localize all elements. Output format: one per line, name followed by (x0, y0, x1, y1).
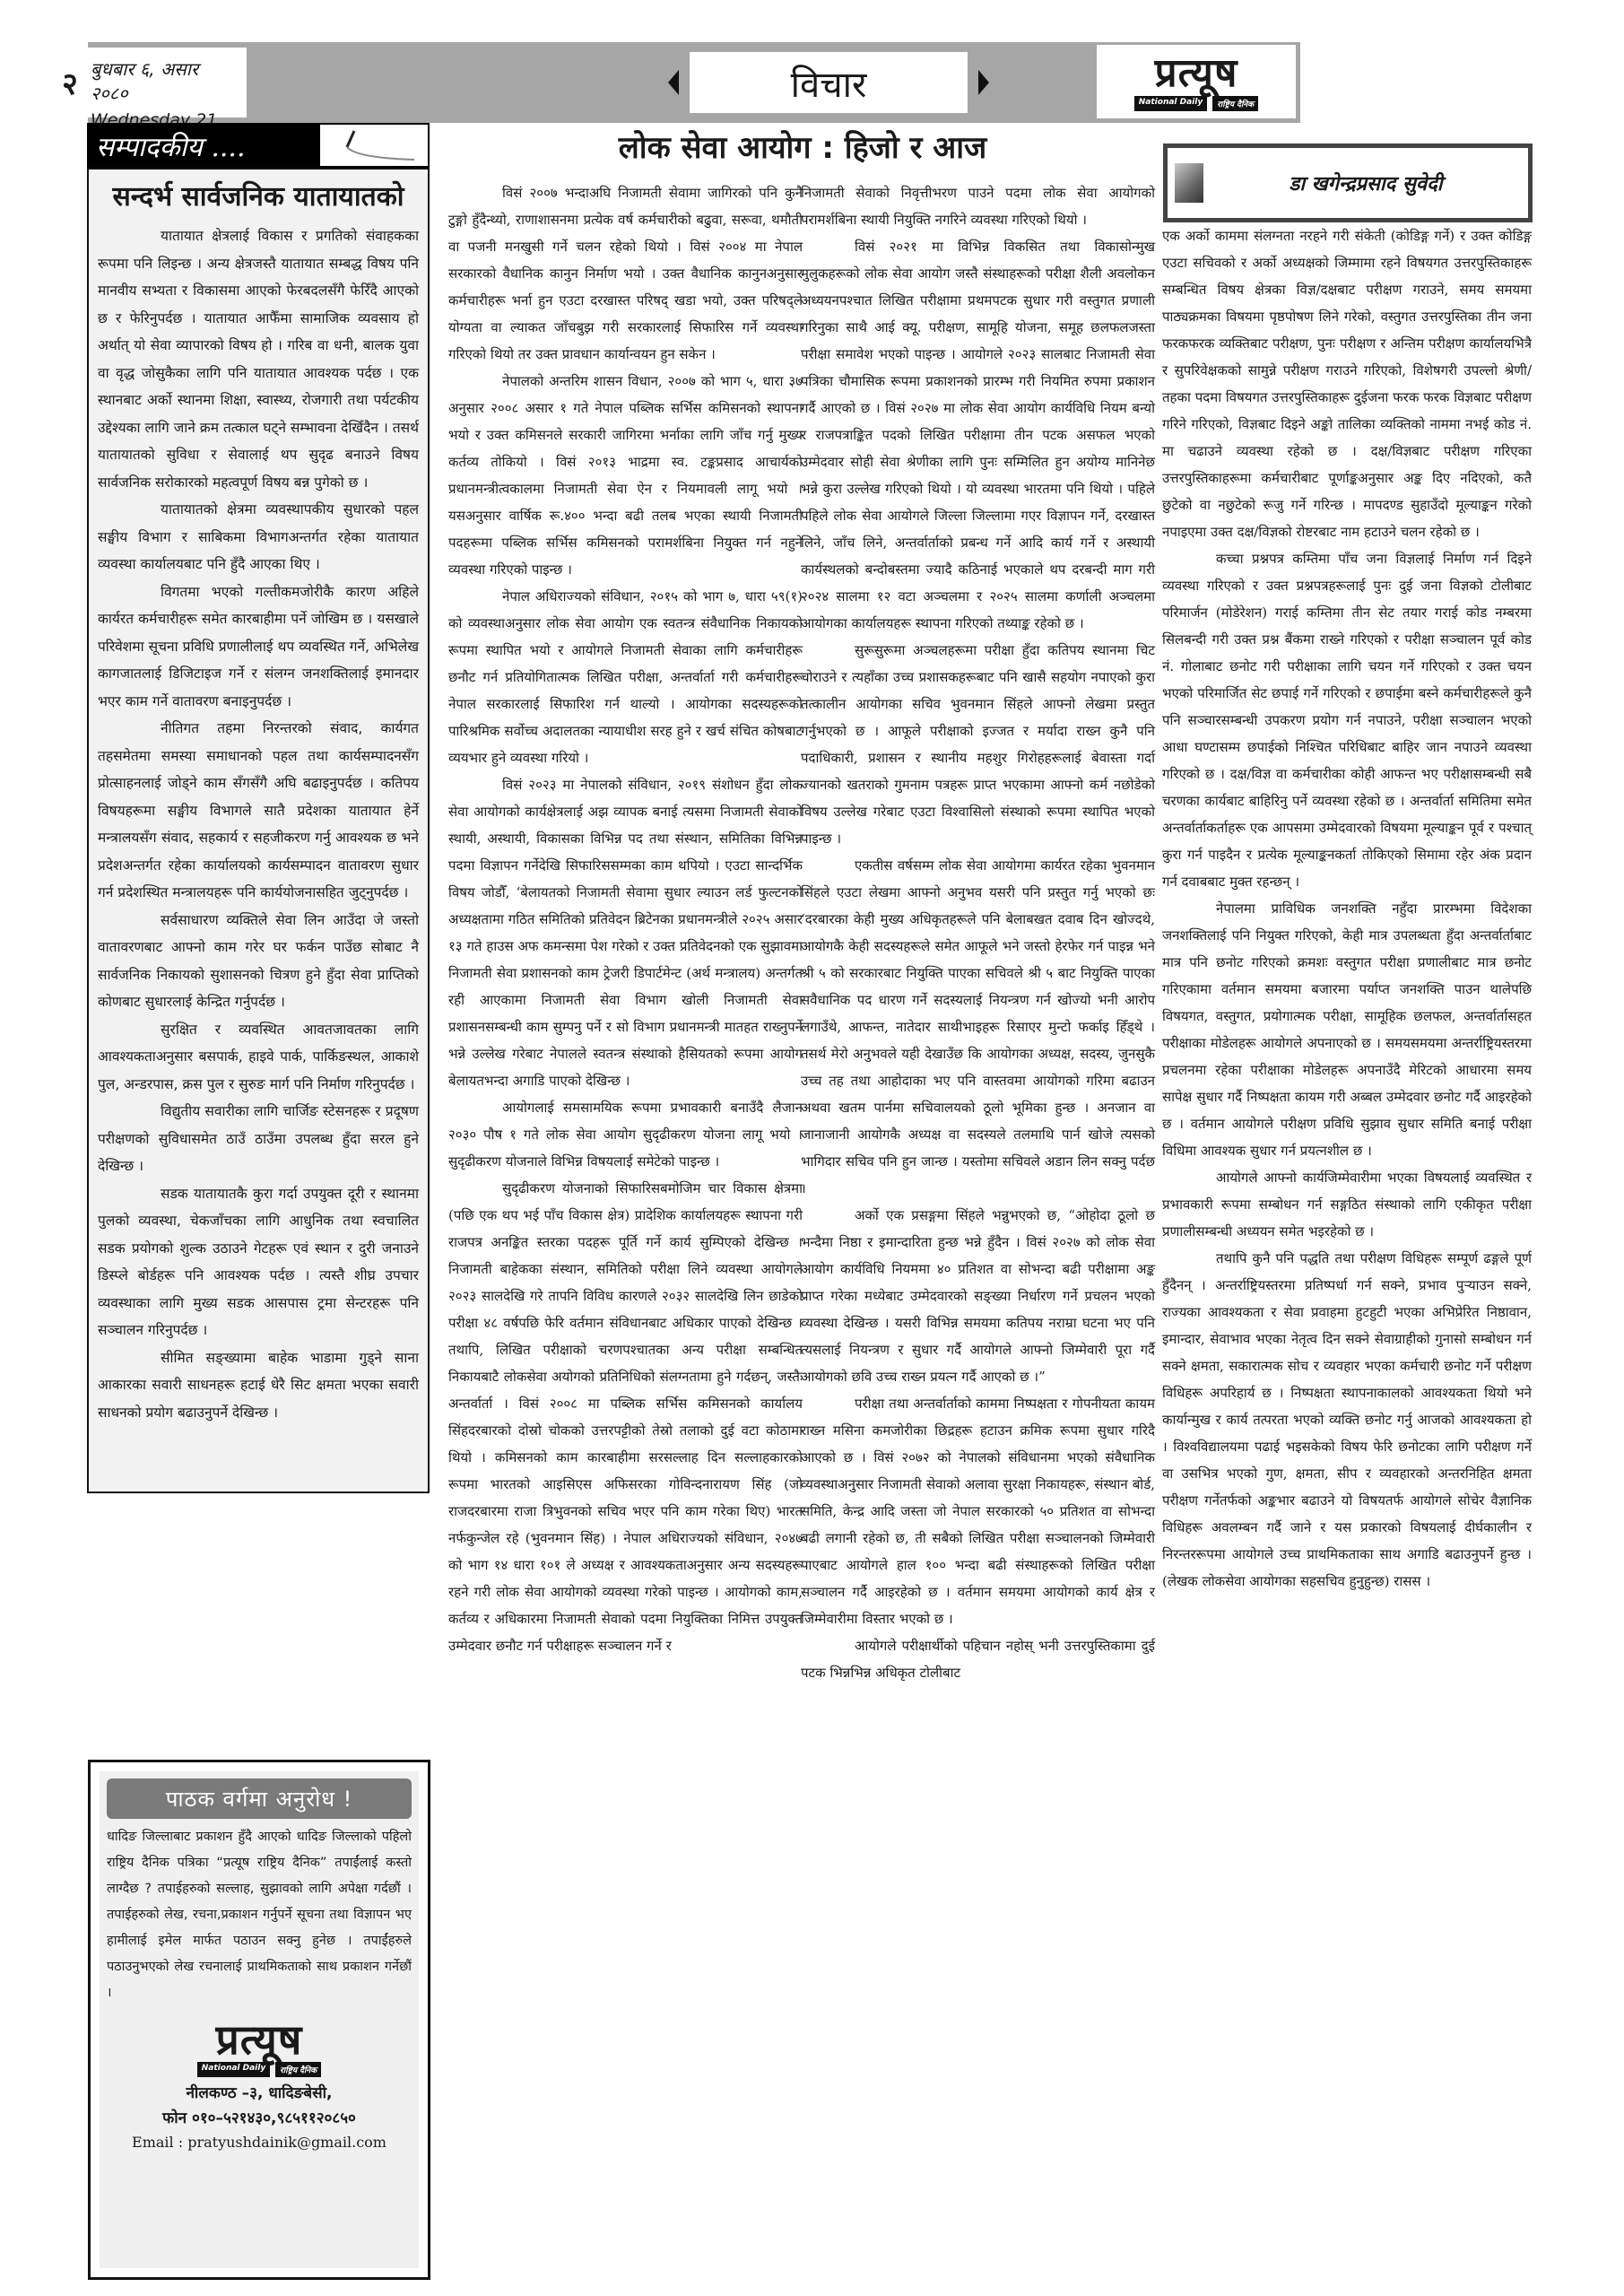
date-nepali: बुधबार ६, असार २०८० (91, 57, 239, 105)
article-paragraph: आयोगलाई समसामयिक रूपमा प्रभावकारी बनाउँद… (448, 1094, 803, 1175)
editorial-paragraph: सीमित सङ्ख्यामा बाहेक भाडामा गुड्ने साना… (98, 1344, 419, 1427)
editorial-paragraph: यातायात क्षेत्रलाई विकास र प्रगतिको संवा… (98, 222, 419, 496)
email-link[interactable]: Email : pratyushdainik@gmail.com (107, 2131, 412, 2154)
logo-text: प्रत्यूष (107, 2019, 412, 2060)
article-paragraph: निजामती सेवाको निवृत्तीभरण पाउने पदमा लो… (801, 179, 1155, 233)
reader-request-box: पाठक वर्गमा अनुरोध ! धादिङ जिल्लाबाट प्र… (88, 1760, 430, 2280)
article-paragraph: आयोगले परीक्षार्थीको पहिचान नहोस् भनी उत… (801, 1632, 1155, 1686)
article-paragraph: सुदृढीकरण योजनाको सिफारिसबमोजिम चार विका… (448, 1175, 803, 1659)
article-headline: लोक सेवा आयोग : हिजो र आज (448, 126, 1157, 167)
editorial-box: सन्दर्भ सार्वजनिक यातायातको यातायात क्षे… (87, 168, 430, 1493)
article-paragraph: परीक्षा तथा अन्तर्वार्ताको काममा निष्पक्… (801, 1390, 1155, 1632)
article-paragraph: आयोगले आफ्नो कार्यजिम्मेवारीमा भएका विषय… (1162, 1164, 1532, 1245)
date-box: बुधबार ६, असार २०८० Wednesday 21 June, 2… (83, 48, 247, 117)
triangle-right-icon (978, 70, 989, 95)
article-paragraph: विसं २००७ भन्दाअघि निजामती सेवामा जागिरक… (448, 179, 803, 368)
newspaper-logo: प्रत्यूष National Daily राष्ट्रिय दैनिक (1097, 45, 1296, 118)
reader-request-body: धादिङ जिल्लाबाट प्रकाशन हुँदै आएको धादिङ… (107, 1824, 412, 2006)
article-paragraph: तथापि कुनै पनि पद्धति तथा परीक्षण विधिहर… (1162, 1245, 1532, 1595)
editorial-paragraph: विद्युतीय सवारीका लागि चार्जिङ स्टेसनहरू… (98, 1098, 419, 1180)
editorial-paragraph: विगतमा भएको गल्तीकमजोरीकै कारण अहिले कार… (98, 578, 419, 716)
logo-sub-nepali: राष्ट्रिय दैनिक (275, 2062, 321, 2077)
article-column-2: निजामती सेवाको निवृत्तीभरण पाउने पदमा लो… (801, 179, 1155, 1686)
editorial-body: यातायात क्षेत्रलाई विकास र प्रगतिको संवा… (98, 222, 419, 1426)
article-column-1: विसं २००७ भन्दाअघि निजामती सेवामा जागिरक… (448, 179, 803, 1659)
article-column-3: एक अर्को काममा संलग्नता नरहने गरी संकेती… (1162, 222, 1532, 1595)
author-name: डा खगेन्द्रप्रसाद सुवेदी (1203, 170, 1528, 196)
article-paragraph: नेपाल अधिराज्यको संविधान, २०१५ को भाग ७,… (448, 583, 803, 771)
editorial-paragraph: सडक यातायातकै कुरा गर्दा उपयुक्त दूरी र … (98, 1180, 419, 1344)
editorial-banner: सम्पादकीय .... (87, 123, 430, 168)
logo-text: प्रत्यूष (1155, 53, 1238, 94)
article-paragraph: विसं २०२३ मा नेपालको संविधान, २०१९ संशोध… (448, 771, 803, 1094)
author-box: डा खगेन्द्रप्रसाद सुवेदी (1163, 143, 1533, 222)
article-paragraph: नेपालको अन्तरिम शासन विधान, २००७ को भाग … (448, 368, 803, 583)
logo-sub-english: National Daily (197, 2062, 270, 2077)
logo-sub-nepali: राष्ट्रिय दैनिक (1212, 96, 1258, 111)
editorial-paragraph: नीतिगत तहमा निरन्तरको संवाद, कार्यगत तहस… (98, 715, 419, 907)
article-paragraph: एकतीस वर्षसम्म लोक सेवा आयोगमा कार्यरत र… (801, 852, 1155, 1202)
phone: फोन ०१०–५२१४३०,९८५११२०८५० (107, 2106, 412, 2131)
article-paragraph: विसं २०२१ मा विभिन्न विकसित तथा विकासोन्… (801, 233, 1155, 637)
editorial-paragraph: सर्वसाधारण व्यक्तिले सेवा लिन आउँदा जे ज… (98, 907, 419, 1016)
address: नीलकण्ठ –३, धादिङबेसी, (107, 2081, 412, 2106)
section-title: विचार (690, 52, 968, 113)
article-paragraph: एक अर्को काममा संलग्नता नरहने गरी संकेती… (1162, 222, 1532, 545)
editorial-label: सम्पादकीय .... (87, 127, 320, 164)
editorial-paragraph: यातायातको क्षेत्रमा व्यवस्थापकीय सुधारको… (98, 496, 419, 578)
reader-request-title: पाठक वर्गमा अनुरोध ! (107, 1779, 412, 1819)
pen-icon (320, 125, 428, 166)
page-number: २ (57, 63, 83, 102)
article-paragraph: नेपालमा प्राविधिक जनशक्ति नहुँदा प्रारम्… (1162, 895, 1532, 1164)
article-paragraph: सुरूसुरूमा अञ्चलहरूमा परीक्षा हुँदा कतिप… (801, 637, 1155, 852)
triangle-left-icon (668, 70, 679, 95)
logo-sub-english: National Daily (1134, 96, 1207, 111)
writing-hand-icon (1175, 163, 1203, 203)
section-title-wrap: विचार (668, 52, 991, 113)
editorial-paragraph: सुरक्षित र व्यवस्थित आवतजावतका लागि आवश्… (98, 1016, 419, 1099)
article-paragraph: अर्को एक प्रसङ्गमा सिंहले भन्नुभएको छ, “… (801, 1202, 1155, 1390)
editorial-headline: सन्दर्भ सार्वजनिक यातायातको (98, 177, 419, 213)
reader-request-logo: प्रत्यूष National Daily राष्ट्रिय दैनिक (107, 2019, 412, 2077)
article-paragraph: कच्चा प्रश्नपत्र कम्तिमा पाँच जना विज्ञल… (1162, 545, 1532, 895)
